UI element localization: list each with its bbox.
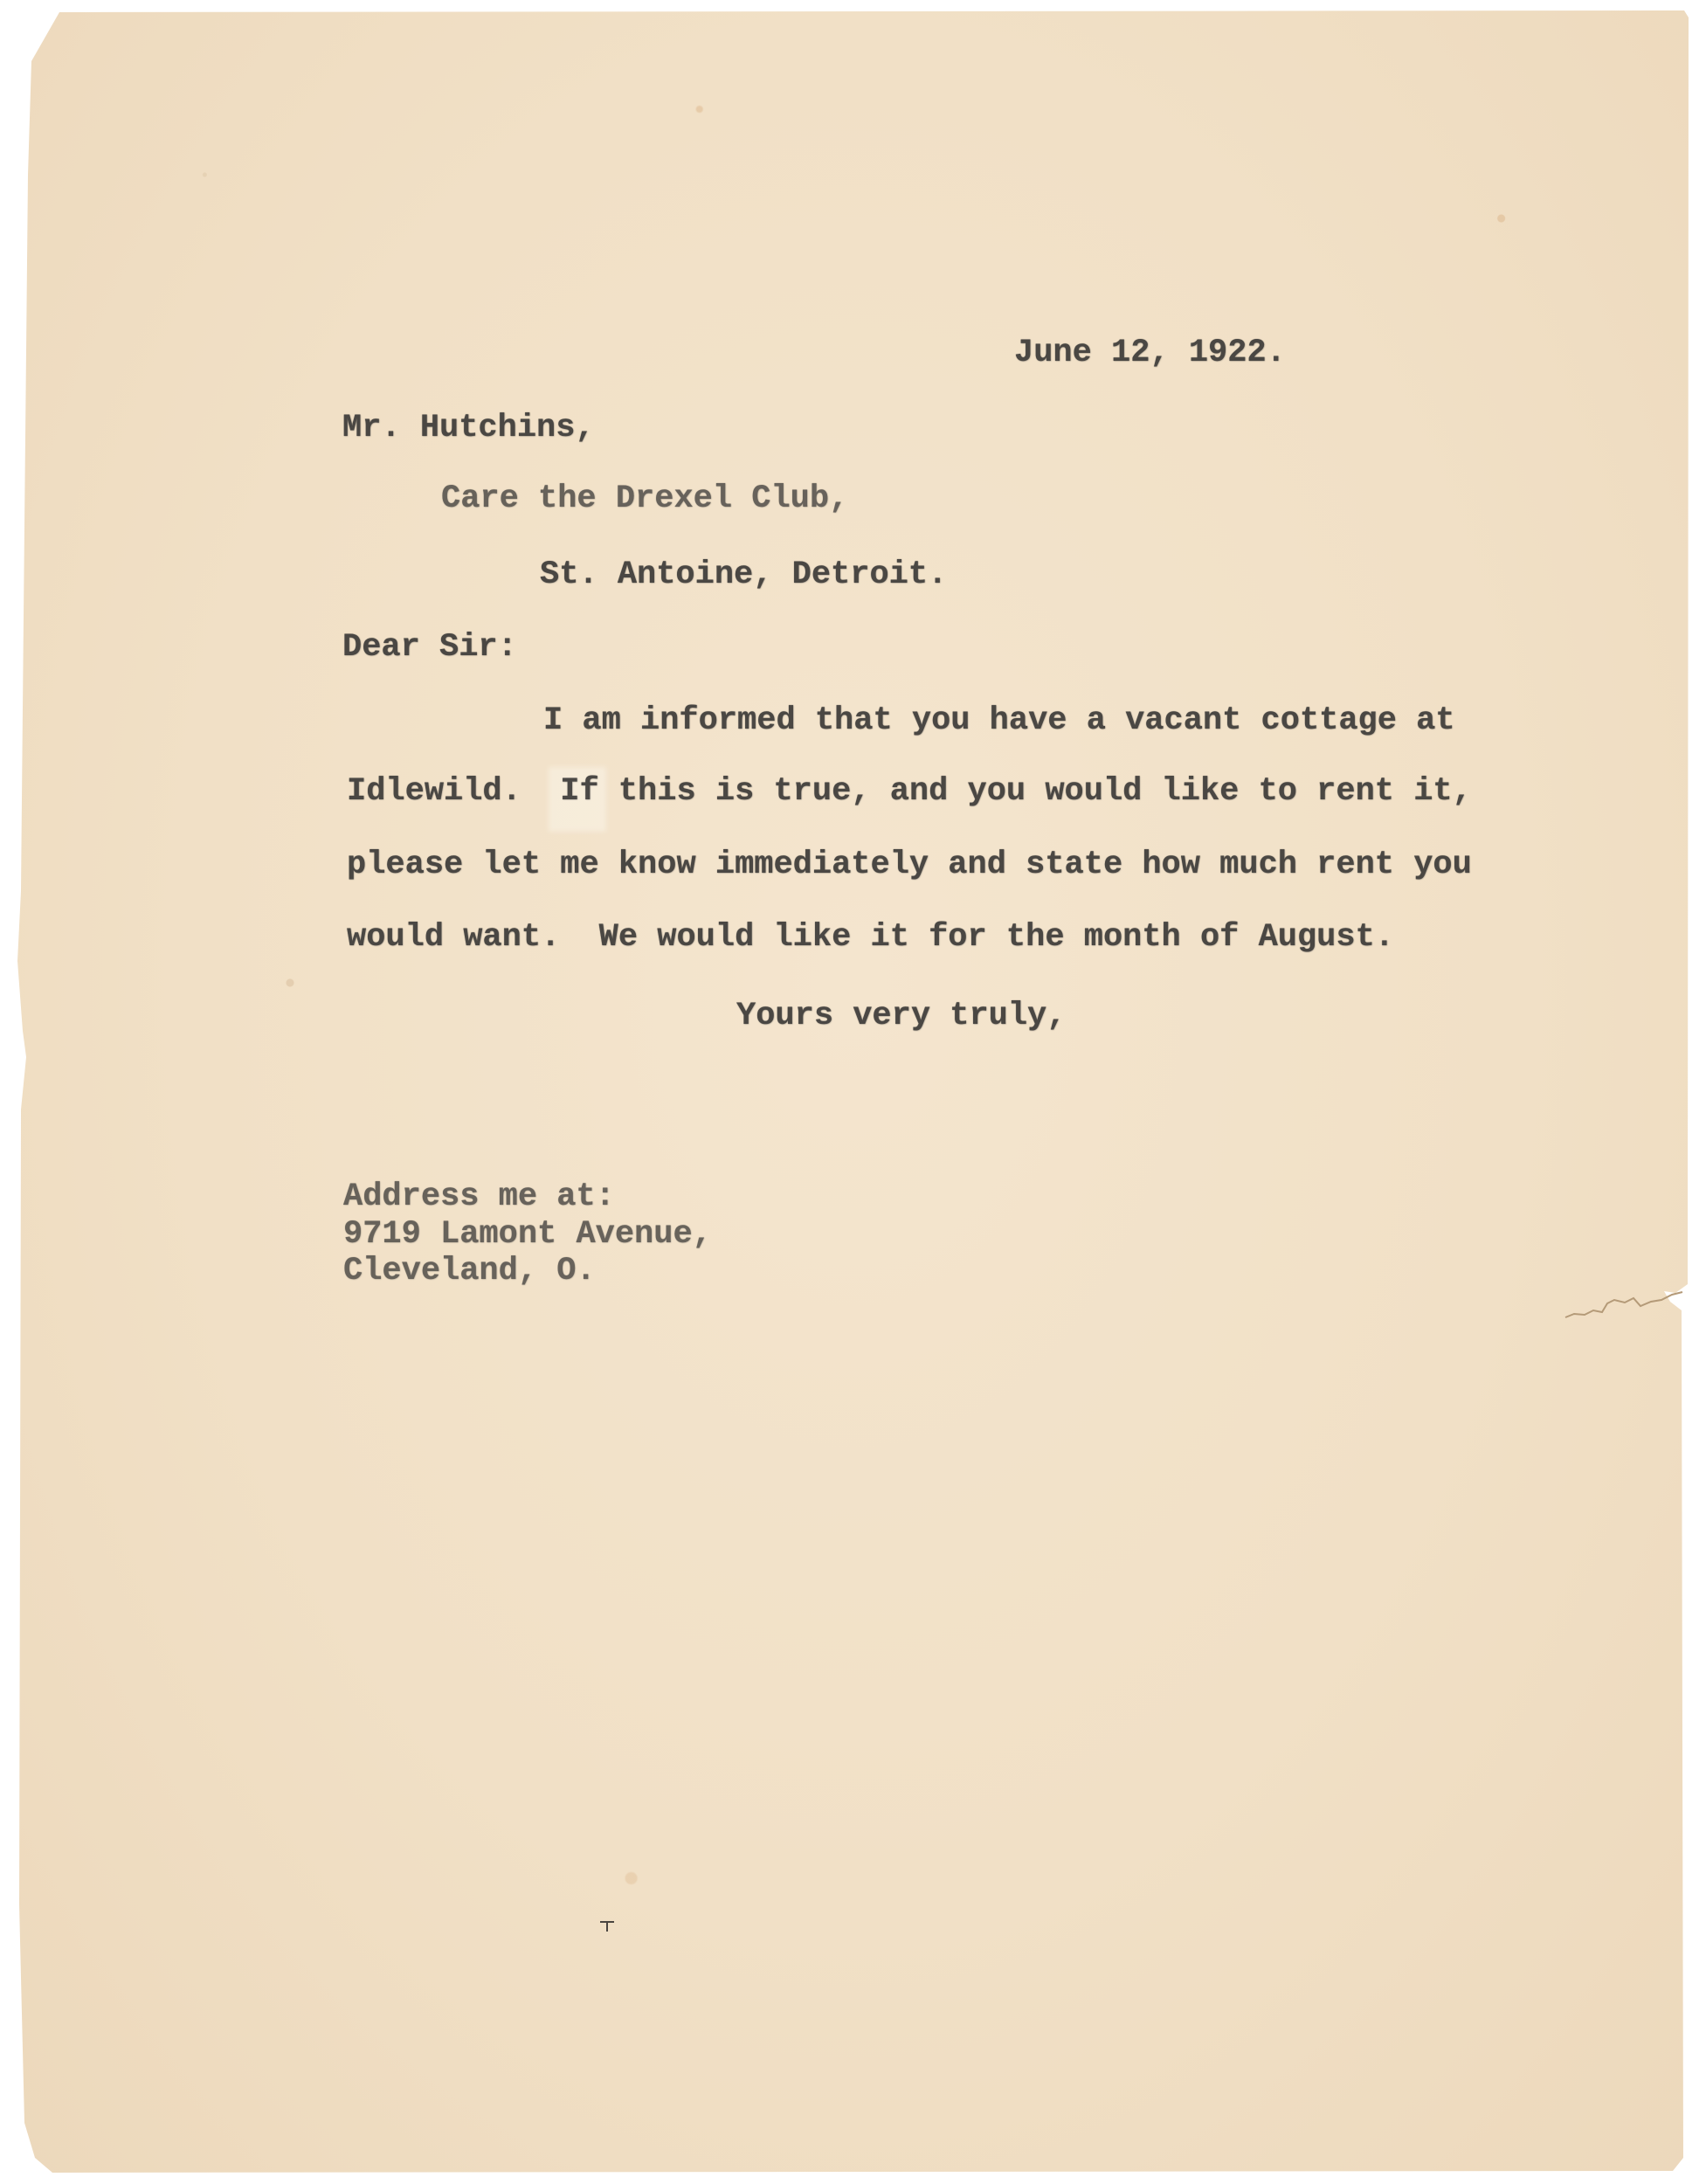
stray-typewriter-mark	[599, 1920, 615, 1932]
body-line-4: would want. We would like it for the mon…	[347, 922, 1394, 954]
return-address-label: Address me at:	[343, 1181, 615, 1213]
recipient-address-line-2: St. Antoine, Detroit.	[540, 559, 947, 591]
letter-paper	[0, 0, 1706, 2184]
letter-date: June 12, 1922.	[1014, 337, 1286, 370]
recipient-name: Mr. Hutchins,	[342, 412, 595, 445]
body-line-2: Idlewild. If this is true, and you would…	[347, 776, 1472, 808]
body-line-3: please let me know immediately and state…	[347, 849, 1472, 881]
closing: Yours very truly,	[736, 1000, 1066, 1033]
return-address-city: Cleveland, O.	[343, 1255, 596, 1288]
return-address-street: 9719 Lamont Avenue,	[343, 1219, 712, 1251]
salutation: Dear Sir:	[342, 632, 517, 664]
recipient-address-line-1: Care the Drexel Club,	[441, 483, 848, 515]
body-line-1: I am informed that you have a vacant cot…	[543, 705, 1455, 737]
